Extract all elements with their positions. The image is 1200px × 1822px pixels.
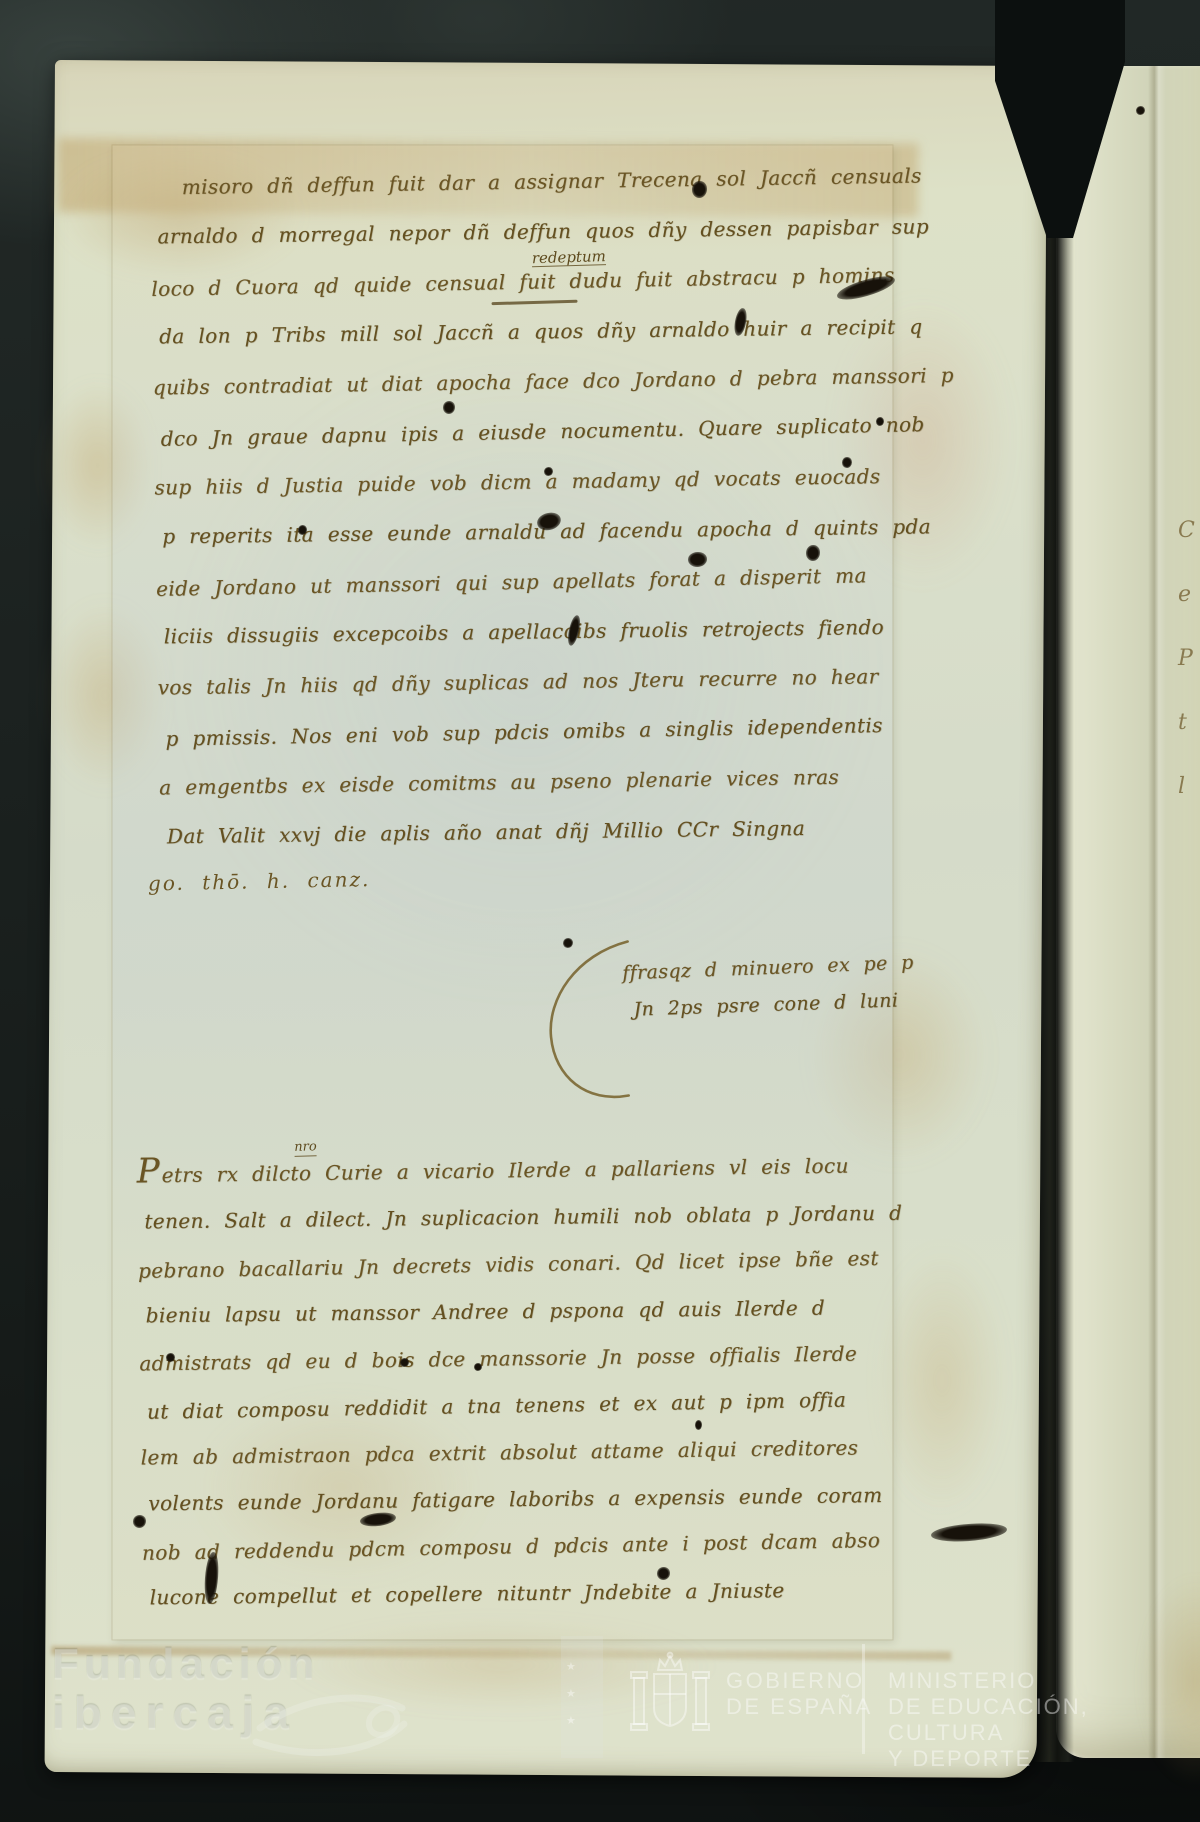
- edge-mark: C: [1178, 518, 1195, 544]
- closing-line: go. thō. h. canz.: [148, 859, 371, 903]
- edge-mark: l: [1178, 774, 1195, 800]
- facing-page: CePtl: [1056, 66, 1200, 1758]
- edge-mark: P: [1178, 646, 1195, 672]
- facing-page-edge-marks: CePtl: [1178, 518, 1195, 800]
- text-block-2: Petrs rx dilcto Curie a vicario Ilerde a…: [136, 1137, 943, 1622]
- manuscript-photo: CePtl misoro dñ deffun fuit dar a assign…: [0, 0, 1200, 1822]
- stain: [1140, 1576, 1200, 1786]
- manuscript-line: lucone compellut et copellere nituntr Jn…: [149, 1565, 942, 1621]
- manuscript-line: Dat Valit xxvj die aplis año anat dñj Mi…: [167, 801, 961, 861]
- edge-mark: e: [1178, 582, 1195, 608]
- notary-note: ffrasqz d minuero ex pe pJn 2ps psre con…: [622, 945, 916, 1030]
- paragraph-bracket: [535, 937, 636, 1113]
- manuscript-line: liciis dissugiis excepcoibs a apellacoib…: [163, 601, 957, 661]
- manuscript-page: misoro dñ deffun fuit dar a assignar Tre…: [45, 60, 1047, 1778]
- manuscript-line: da lon p Tribs mill sol Jaccñ a quos dñy…: [159, 301, 953, 361]
- facing-page-crease: [1148, 66, 1166, 1758]
- manuscript-line: bieniu lapsu ut manssor Andree d pspona …: [145, 1283, 938, 1339]
- stain: [51, 1646, 951, 1660]
- edge-mark: t: [1178, 710, 1195, 736]
- superscript-redemptum: redeptum: [532, 248, 607, 267]
